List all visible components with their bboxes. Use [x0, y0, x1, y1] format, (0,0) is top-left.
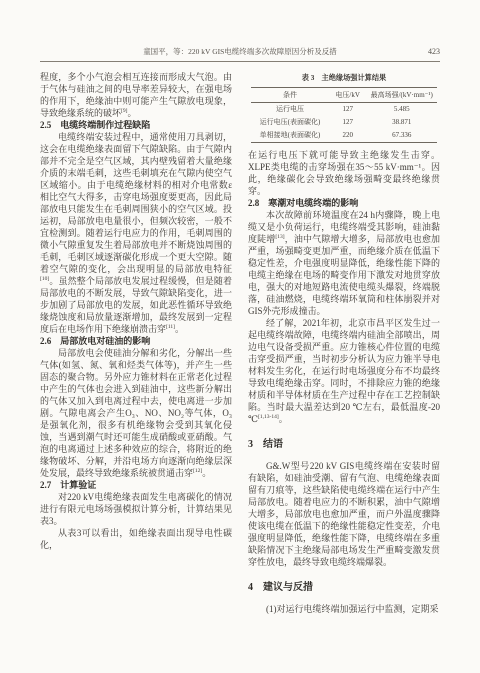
paragraph-conclusion: G&.W型号220 kV GIS电缆终端在安装时留有缺陷，如硅油受潮、留有气泡、… — [248, 460, 440, 568]
table-cell: 单相接地(表面碳化) — [251, 129, 329, 143]
table3-header-condition: 条件 — [251, 88, 329, 103]
running-title: 童国平，等：220 kV GIS电缆终端多次故障原因分析及反措 — [143, 47, 337, 56]
right-column: 表 3 主绝缘场强计算结果 条件 电压/kV 最高场强/(kV·mm⁻¹) 运行… — [248, 71, 440, 615]
paragraph-2-8a: 本次故障前环境温度在24 h内骤降，晚上电缆又是小负荷运行，电缆终端受其影响，硅… — [248, 209, 440, 317]
table-row: 运行电压(表面碳化) 127 38.871 — [251, 116, 437, 129]
paragraph-2-5: 电缆终端安装过程中，通常使用刀具剥切，这会在电缆绝缘表面留下气隙缺陷。由于气隙内… — [40, 131, 232, 335]
table-cell: 运行电压 — [251, 103, 329, 117]
heading-2-5: 2.5 电缆终端制作过程缺陷 — [40, 119, 232, 131]
heading-2-6: 2.6 局部放电对硅油的影响 — [40, 335, 232, 347]
page-number: 423 — [428, 47, 440, 57]
table-cell: 127 — [329, 116, 366, 129]
table-cell: 运行电压(表面碳化) — [251, 116, 329, 129]
table-cell: 127 — [329, 103, 366, 117]
table-cell: 5.485 — [366, 103, 437, 117]
heading-2-7: 2.7 计算验证 — [40, 479, 232, 491]
two-column-body: 程度，多个小气泡会相互连接而形成大气泡。由于气体与硅油之间的电导率差异较大，在强… — [40, 71, 440, 615]
heading-3-conclusion: 3 结语 — [248, 438, 440, 451]
table-cell: 67.336 — [366, 129, 437, 143]
heading-2-8: 2.8 寒潮对电缆终端的影响 — [248, 197, 440, 209]
page-header: 童国平，等：220 kV GIS电缆终端多次故障原因分析及反措 423 — [40, 47, 440, 57]
paragraph-2-8b: 经了解，2021年初，北京市昌平区发生过一起电缆终端故障，电缆终端内硅油全部喷出… — [248, 317, 440, 425]
header-rule — [40, 61, 440, 62]
table-cell: 220 — [329, 129, 366, 143]
left-column: 程度，多个小气泡会相互连接而形成大气泡。由于气体与硅油之间的电导率差异较大，在强… — [40, 71, 232, 615]
paragraph-2-7a: 对220 kV电缆绝缘表面发生电离碳化的情况进行有限元电场场强模拟计算分析，计算… — [40, 491, 232, 527]
heading-4-suggestions: 4 建议与反措 — [248, 581, 440, 594]
paragraph-continuation: 程度，多个小气泡会相互连接而形成大气泡。由于气体与硅油之间的电导率差异较大，在强… — [40, 71, 232, 119]
paper-page: 童国平，等：220 kV GIS电缆终端多次故障原因分析及反措 423 程度，多… — [0, 0, 480, 673]
paragraph-continuation: 在运行电压下就可能导致主绝缘发生击穿。XLPE类电缆的击穿场强在35～55 kV… — [248, 149, 440, 197]
table-row: 单相接地(表面碳化) 220 67.336 — [251, 129, 437, 143]
table3: 条件 电压/kV 最高场强/(kV·mm⁻¹) 运行电压 127 5.485 运… — [251, 87, 437, 143]
table3-caption: 表 3 主绝缘场强计算结果 — [248, 73, 440, 83]
table3-header-voltage: 电压/kV — [329, 88, 366, 103]
paragraph-2-7b: 从表3可以看出，如绝缘表面出现导电性碳化， — [40, 527, 232, 551]
table-row: 运行电压 127 5.485 — [251, 103, 437, 117]
paragraph-suggestions: (1)对运行电缆终端加强运行中监测，定期采 — [248, 603, 440, 615]
paragraph-2-6: 局部放电会使硅油分解和劣化，分解出一些气体(如氢、氮、氧和烃类气体等)，并产生一… — [40, 347, 232, 479]
table3-header-row: 条件 电压/kV 最高场强/(kV·mm⁻¹) — [251, 88, 437, 103]
table-cell: 38.871 — [366, 116, 437, 129]
table3-header-field: 最高场强/(kV·mm⁻¹) — [366, 88, 437, 103]
